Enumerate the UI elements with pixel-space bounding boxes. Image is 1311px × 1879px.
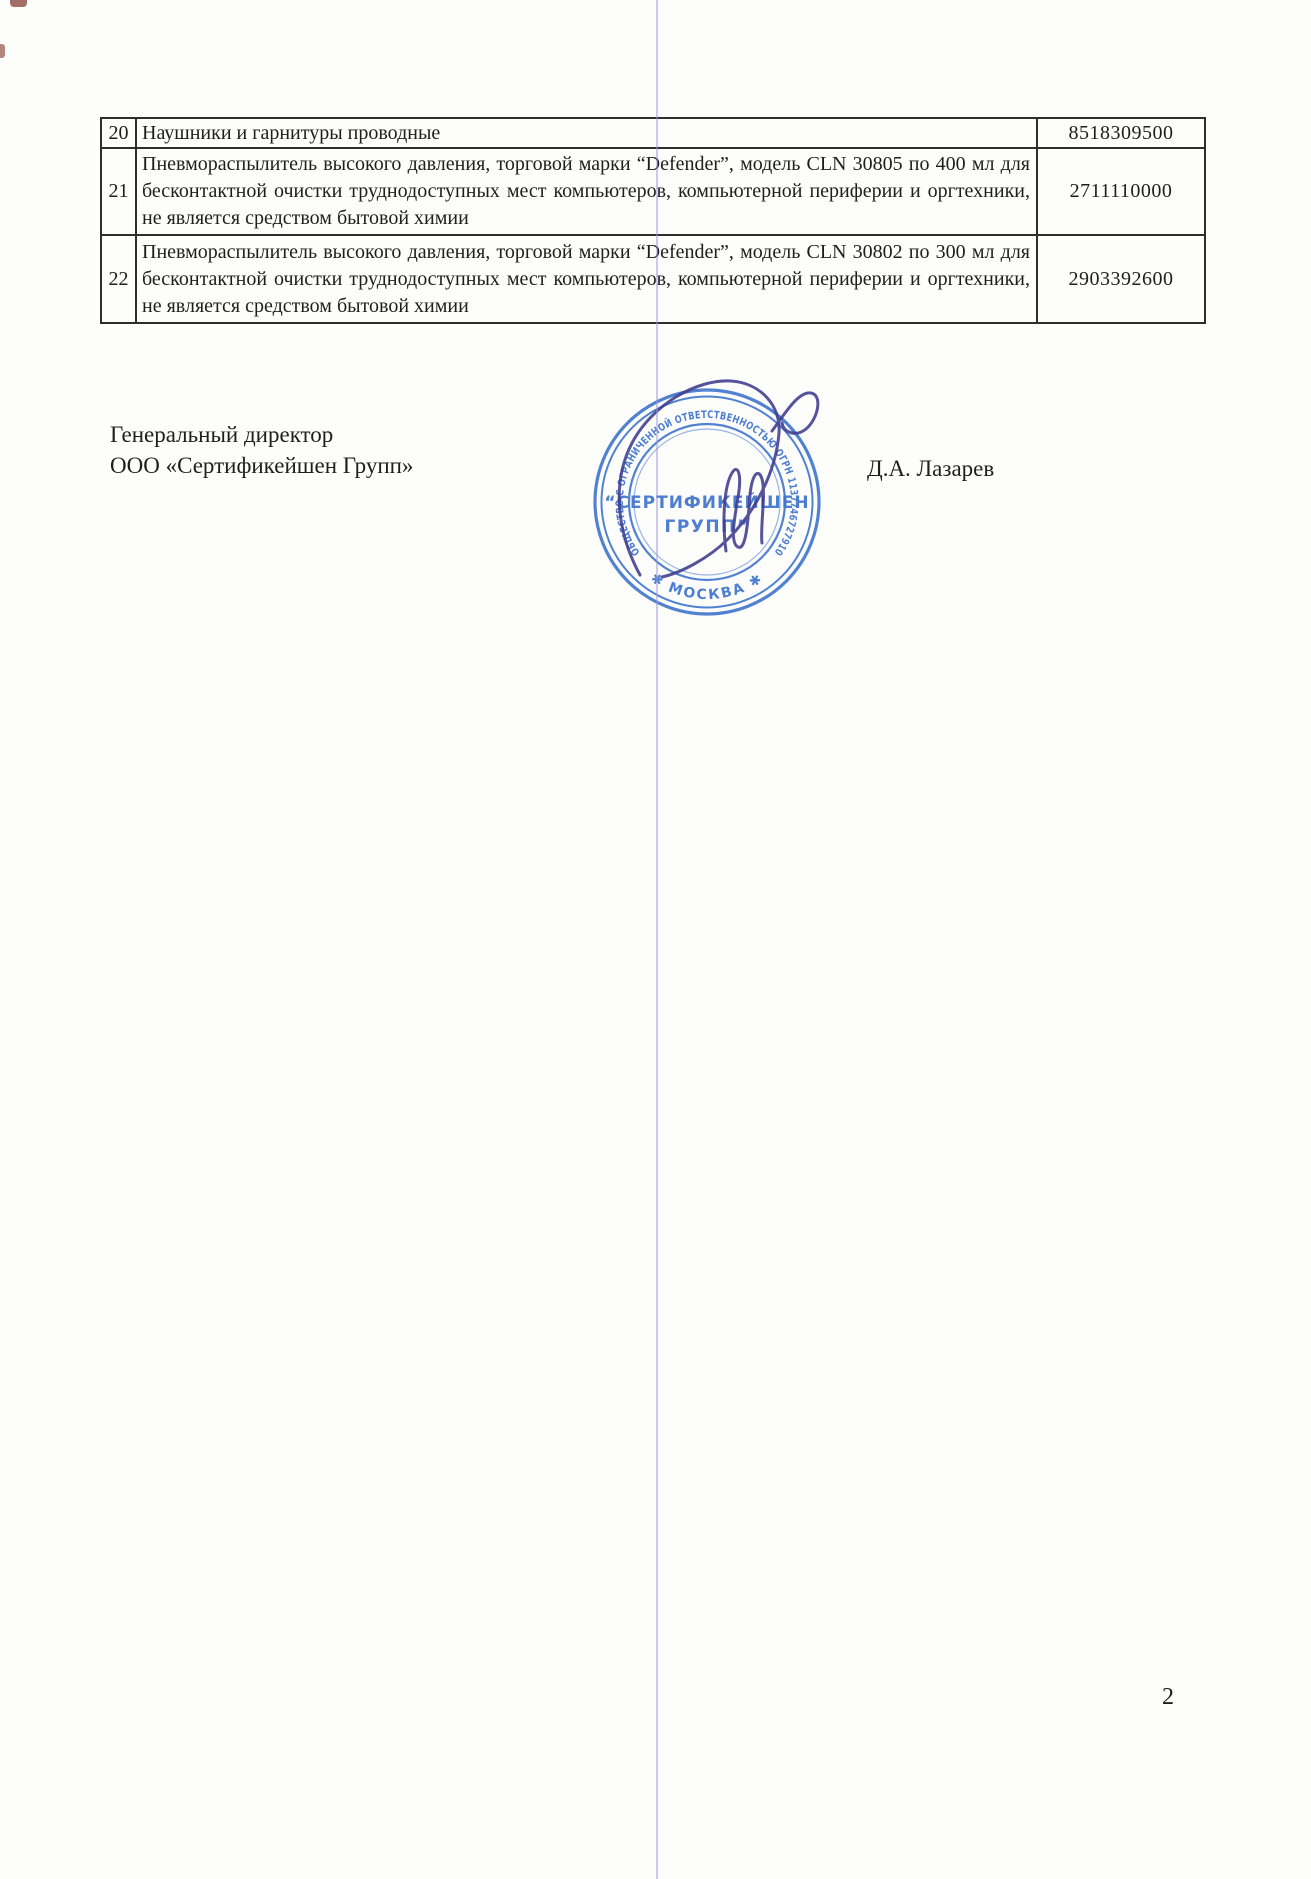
row-number-cell: 20 [101, 118, 136, 148]
table-row: 20 Наушники и гарнитуры проводные 851830… [101, 118, 1205, 148]
row-number-cell: 22 [101, 235, 136, 323]
stamp-center-text-line2: ГРУПП” [664, 517, 749, 537]
stamp-center-text-line1: “СЕРТИФИКЕЙШЕН [604, 491, 809, 513]
round-stamp: ОБЩЕСТВО С ОГРАНИЧЕННОЙ ОТВЕТСТВЕННОСТЬЮ… [576, 371, 839, 634]
signer-position: Генеральный директор [110, 419, 413, 450]
description-cell: Пневмораспылитель высокого давления, тор… [136, 148, 1037, 235]
scan-artifact [10, 0, 27, 7]
description-cell: Наушники и гарнитуры проводные [136, 118, 1037, 148]
signature-title-block: Генеральный директор ООО «Сертификейшен … [110, 419, 413, 481]
table-row: 21 Пневмораспылитель высокого давления, … [101, 148, 1205, 235]
signer-name: Д.А. Лазарев [867, 456, 994, 482]
hs-code-cell: 2903392600 [1037, 235, 1205, 323]
description-cell: Пневмораспылитель высокого давления, тор… [136, 235, 1037, 323]
hs-code-cell: 2711110000 [1037, 148, 1205, 235]
hs-code-cell: 8518309500 [1037, 118, 1205, 148]
scanned-document-page: 20 Наушники и гарнитуры проводные 851830… [0, 0, 1311, 1879]
scan-artifact [0, 44, 5, 58]
row-number-cell: 21 [101, 148, 136, 235]
page-number: 2 [1162, 1684, 1174, 1711]
goods-table: 20 Наушники и гарнитуры проводные 851830… [100, 117, 1206, 324]
table-row: 22 Пневмораспылитель высокого давления, … [101, 235, 1205, 323]
company-name: ООО «Сертификейшен Групп» [110, 450, 413, 481]
